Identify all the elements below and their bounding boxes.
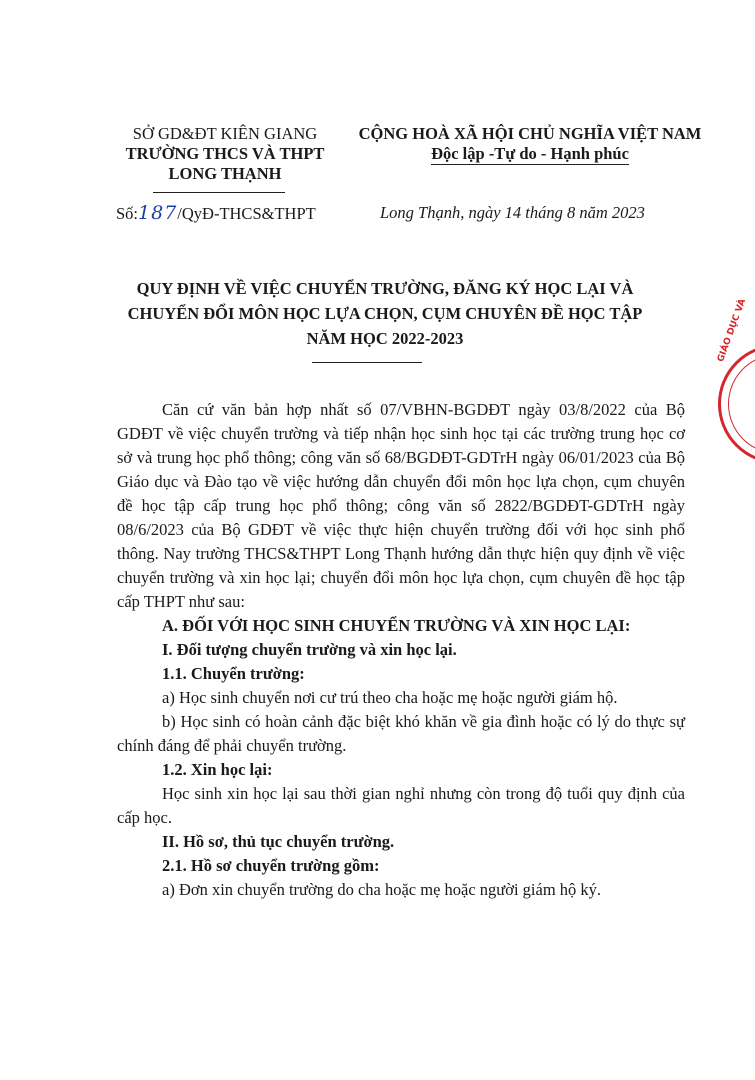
document-body: Căn cứ văn bản hợp nhất số 07/VBHN-BGDĐT… [117, 398, 685, 902]
school-name-line2: LONG THẠNH [100, 164, 350, 184]
header-left-divider [153, 192, 285, 193]
national-header-block: CỘNG HOÀ XÃ HỘI CHỦ NGHĨA VIỆT NAM Độc l… [350, 124, 710, 165]
title-divider [312, 362, 422, 363]
school-name-line1: TRƯỜNG THCS VÀ THPT [100, 144, 350, 164]
subsection-2-1-heading: 2.1. Hồ sơ chuyển trường gồm: [162, 854, 685, 878]
place-date: Long Thạnh, ngày 14 tháng 8 năm 2023 [380, 203, 645, 223]
handwritten-number: 187 [138, 202, 177, 224]
number-label: Số: [116, 204, 138, 223]
item-2-1-a: a) Đơn xin chuyển trường do cha hoặc mẹ … [162, 878, 685, 902]
subsection-1-1-heading: 1.1. Chuyển trường: [162, 662, 685, 686]
section-i-heading: I. Đối tượng chuyển trường và xin học lạ… [162, 638, 685, 662]
issuing-authority-block: SỞ GD&ĐT KIÊN GIANG TRƯỜNG THCS VÀ THPT … [100, 124, 350, 184]
title-line2: CHUYỂN ĐỔI MÔN HỌC LỰA CHỌN, CỤM CHUYÊN … [100, 301, 670, 326]
section-a-heading: A. ĐỐI VỚI HỌC SINH CHUYỂN TRƯỜNG VÀ XIN… [162, 614, 685, 638]
document-title: QUY ĐỊNH VỀ VIỆC CHUYỂN TRƯỜNG, ĐĂNG KÝ … [100, 276, 670, 351]
item-1-1-a: a) Học sinh chuyển nơi cư trú theo cha h… [162, 686, 685, 710]
section-ii-heading: II. Hồ sơ, thủ tục chuyển trường. [162, 830, 685, 854]
title-line3: NĂM HỌC 2022-2023 [100, 326, 670, 351]
item-1-2: Học sinh xin học lại sau thời gian nghỉ … [117, 782, 685, 830]
document-number: Số:187/QyĐ-THCS&THPT [116, 201, 316, 226]
number-suffix: /QyĐ-THCS&THPT [177, 204, 315, 223]
intro-paragraph: Căn cứ văn bản hợp nhất số 07/VBHN-BGDĐT… [117, 398, 685, 614]
country-name: CỘNG HOÀ XÃ HỘI CHỦ NGHĨA VIỆT NAM [350, 124, 710, 144]
title-line1: QUY ĐỊNH VỀ VIỆC CHUYỂN TRƯỜNG, ĐĂNG KÝ … [100, 276, 670, 301]
national-motto: Độc lập -Tự do - Hạnh phúc [431, 144, 629, 165]
subsection-1-2-heading: 1.2. Xin học lại: [162, 758, 685, 782]
item-1-1-b: b) Học sinh có hoàn cảnh đặc biệt khó kh… [117, 710, 685, 758]
department-name: SỞ GD&ĐT KIÊN GIANG [100, 124, 350, 144]
